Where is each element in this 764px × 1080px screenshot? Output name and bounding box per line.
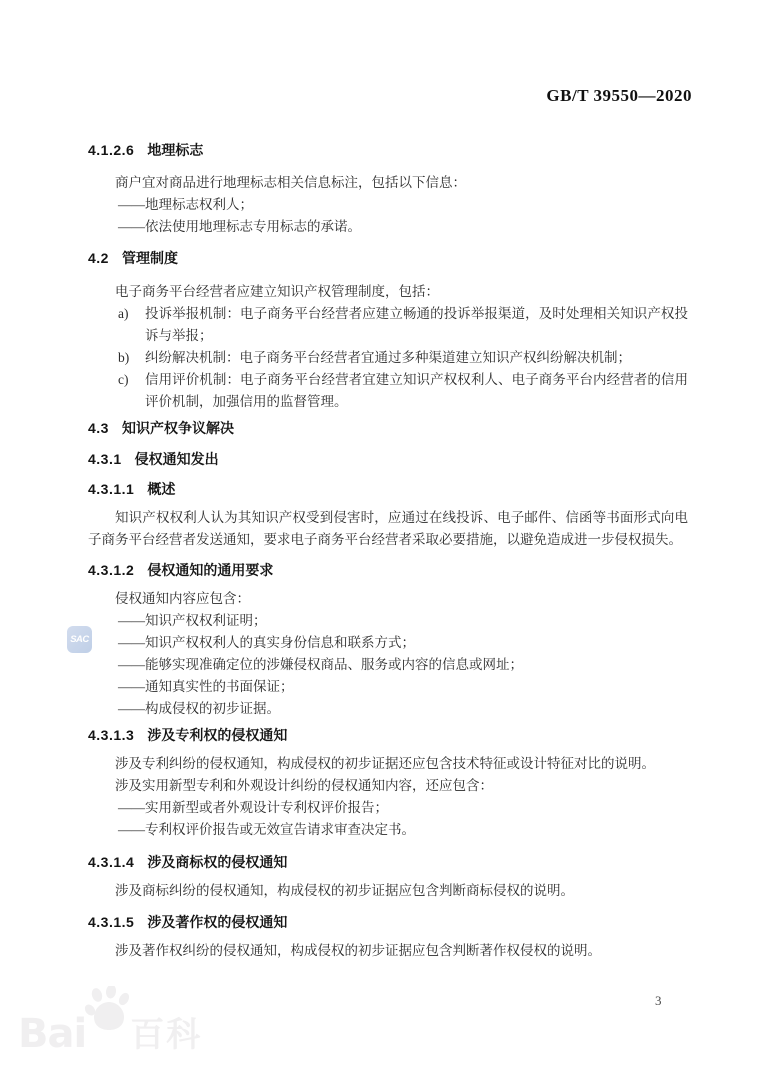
sac-watermark-icon: SAC	[67, 626, 92, 653]
para-mgmt-intro: 电子商务平台经营者应建立知识产权管理制度，包括：	[88, 281, 688, 303]
baidu-watermark-text: Bai	[18, 1014, 86, 1054]
heading-number: 4.2	[88, 250, 109, 266]
heading-4-3-1-1: 4.3.1.1概述	[88, 478, 688, 500]
list-item-c: c) 信用评价机制：电子商务平台经营者宜建立知识产权权利人、电子商务平台内经营者…	[88, 369, 688, 413]
list-text: 信用评价机制：电子商务平台经营者宜建立知识产权权利人、电子商务平台内经营者的信用…	[145, 369, 688, 413]
para-patent-1: 涉及专利纠纷的侵权通知，构成侵权的初步证据还应包含技术特征或设计特征对比的说明。	[88, 753, 688, 775]
heading-title: 侵权通知的通用要求	[147, 562, 273, 578]
heading-4-3-1-4: 4.3.1.4涉及商标权的侵权通知	[88, 851, 688, 873]
heading-4-3-1-3: 4.3.1.3涉及专利权的侵权通知	[88, 724, 688, 746]
heading-title: 管理制度	[122, 250, 178, 266]
document-page: GB/T 39550—2020 4.1.2.6地理标志 商户宜对商品进行地理标志…	[0, 0, 764, 1080]
list-text: 纠纷解决机制：电子商务平台经营者宜通过多种渠道建立知识产权纠纷解决机制；	[145, 347, 688, 369]
baidu-baike-watermark: Bai 百科	[18, 986, 202, 1054]
page-number: 3	[655, 993, 662, 1009]
list-item: ——能够实现准确定位的涉嫌侵权商品、服务或内容的信息或网址；	[88, 654, 688, 676]
list-text: 投诉举报机制：电子商务平台经营者应建立畅通的投诉举报渠道，及时处理相关知识产权投…	[145, 303, 688, 347]
document-body: 4.1.2.6地理标志 商户宜对商品进行地理标志相关信息标注，包括以下信息： —…	[88, 139, 688, 962]
heading-number: 4.3.1.1	[88, 481, 134, 497]
heading-number: 4.1.2.6	[88, 142, 134, 158]
list-item: ——实用新型或者外观设计专利权评价报告；	[88, 797, 688, 819]
para-overview: 知识产权权利人认为其知识产权受到侵害时，应通过在线投诉、电子邮件、信函等书面形式…	[88, 507, 688, 551]
heading-title: 知识产权争议解决	[122, 420, 234, 436]
list-item: ——专利权评价报告或无效宣告请求审查决定书。	[88, 819, 688, 841]
list-item-a: a) 投诉举报机制：电子商务平台经营者应建立畅通的投诉举报渠道，及时处理相关知识…	[88, 303, 688, 347]
heading-title: 侵权通知发出	[135, 451, 219, 467]
para-general-req-intro: 侵权通知内容应包含：	[88, 588, 688, 610]
list-item-b: b) 纠纷解决机制：电子商务平台经营者宜通过多种渠道建立知识产权纠纷解决机制；	[88, 347, 688, 369]
standard-code: GB/T 39550—2020	[546, 86, 692, 106]
heading-4-3: 4.3知识产权争议解决	[88, 417, 688, 439]
heading-number: 4.3.1.2	[88, 562, 134, 578]
heading-4-3-1-5: 4.3.1.5涉及著作权的侵权通知	[88, 911, 688, 933]
heading-4-3-1: 4.3.1侵权通知发出	[88, 448, 688, 470]
list-item: ——通知真实性的书面保证；	[88, 676, 688, 698]
heading-title: 地理标志	[147, 142, 203, 158]
heading-title: 涉及著作权的侵权通知	[147, 914, 287, 930]
heading-number: 4.3.1.3	[88, 727, 134, 743]
list-label: a)	[118, 303, 145, 347]
heading-4-1-2-6: 4.1.2.6地理标志	[88, 139, 688, 161]
para-patent-2: 涉及实用新型专利和外观设计纠纷的侵权通知内容，还应包含：	[88, 775, 688, 797]
heading-number: 4.3.1	[88, 451, 122, 467]
list-item: ——知识产权权利人的真实身份信息和联系方式；	[88, 632, 688, 654]
heading-number: 4.3.1.5	[88, 914, 134, 930]
list-label: b)	[118, 347, 145, 369]
para-geo-intro: 商户宜对商品进行地理标志相关信息标注，包括以下信息：	[88, 172, 688, 194]
para-trademark: 涉及商标纠纷的侵权通知，构成侵权的初步证据应包含判断商标侵权的说明。	[88, 880, 688, 902]
heading-title: 概述	[147, 481, 175, 497]
heading-title: 涉及商标权的侵权通知	[147, 854, 287, 870]
heading-number: 4.3	[88, 420, 109, 436]
baidu-watermark-suffix: 百科	[130, 1017, 202, 1054]
list-item: ——构成侵权的初步证据。	[88, 698, 688, 720]
paw-icon	[84, 986, 134, 1036]
list-item: ——知识产权权利证明；	[88, 610, 688, 632]
heading-number: 4.3.1.4	[88, 854, 134, 870]
heading-4-2: 4.2管理制度	[88, 247, 688, 269]
heading-title: 涉及专利权的侵权通知	[147, 727, 287, 743]
list-item: ——地理标志权利人；	[88, 194, 688, 216]
list-label: c)	[118, 369, 145, 413]
para-copyright: 涉及著作权纠纷的侵权通知，构成侵权的初步证据应包含判断著作权侵权的说明。	[88, 940, 688, 962]
list-item: ——依法使用地理标志专用标志的承诺。	[88, 216, 688, 238]
heading-4-3-1-2: 4.3.1.2侵权通知的通用要求	[88, 559, 688, 581]
